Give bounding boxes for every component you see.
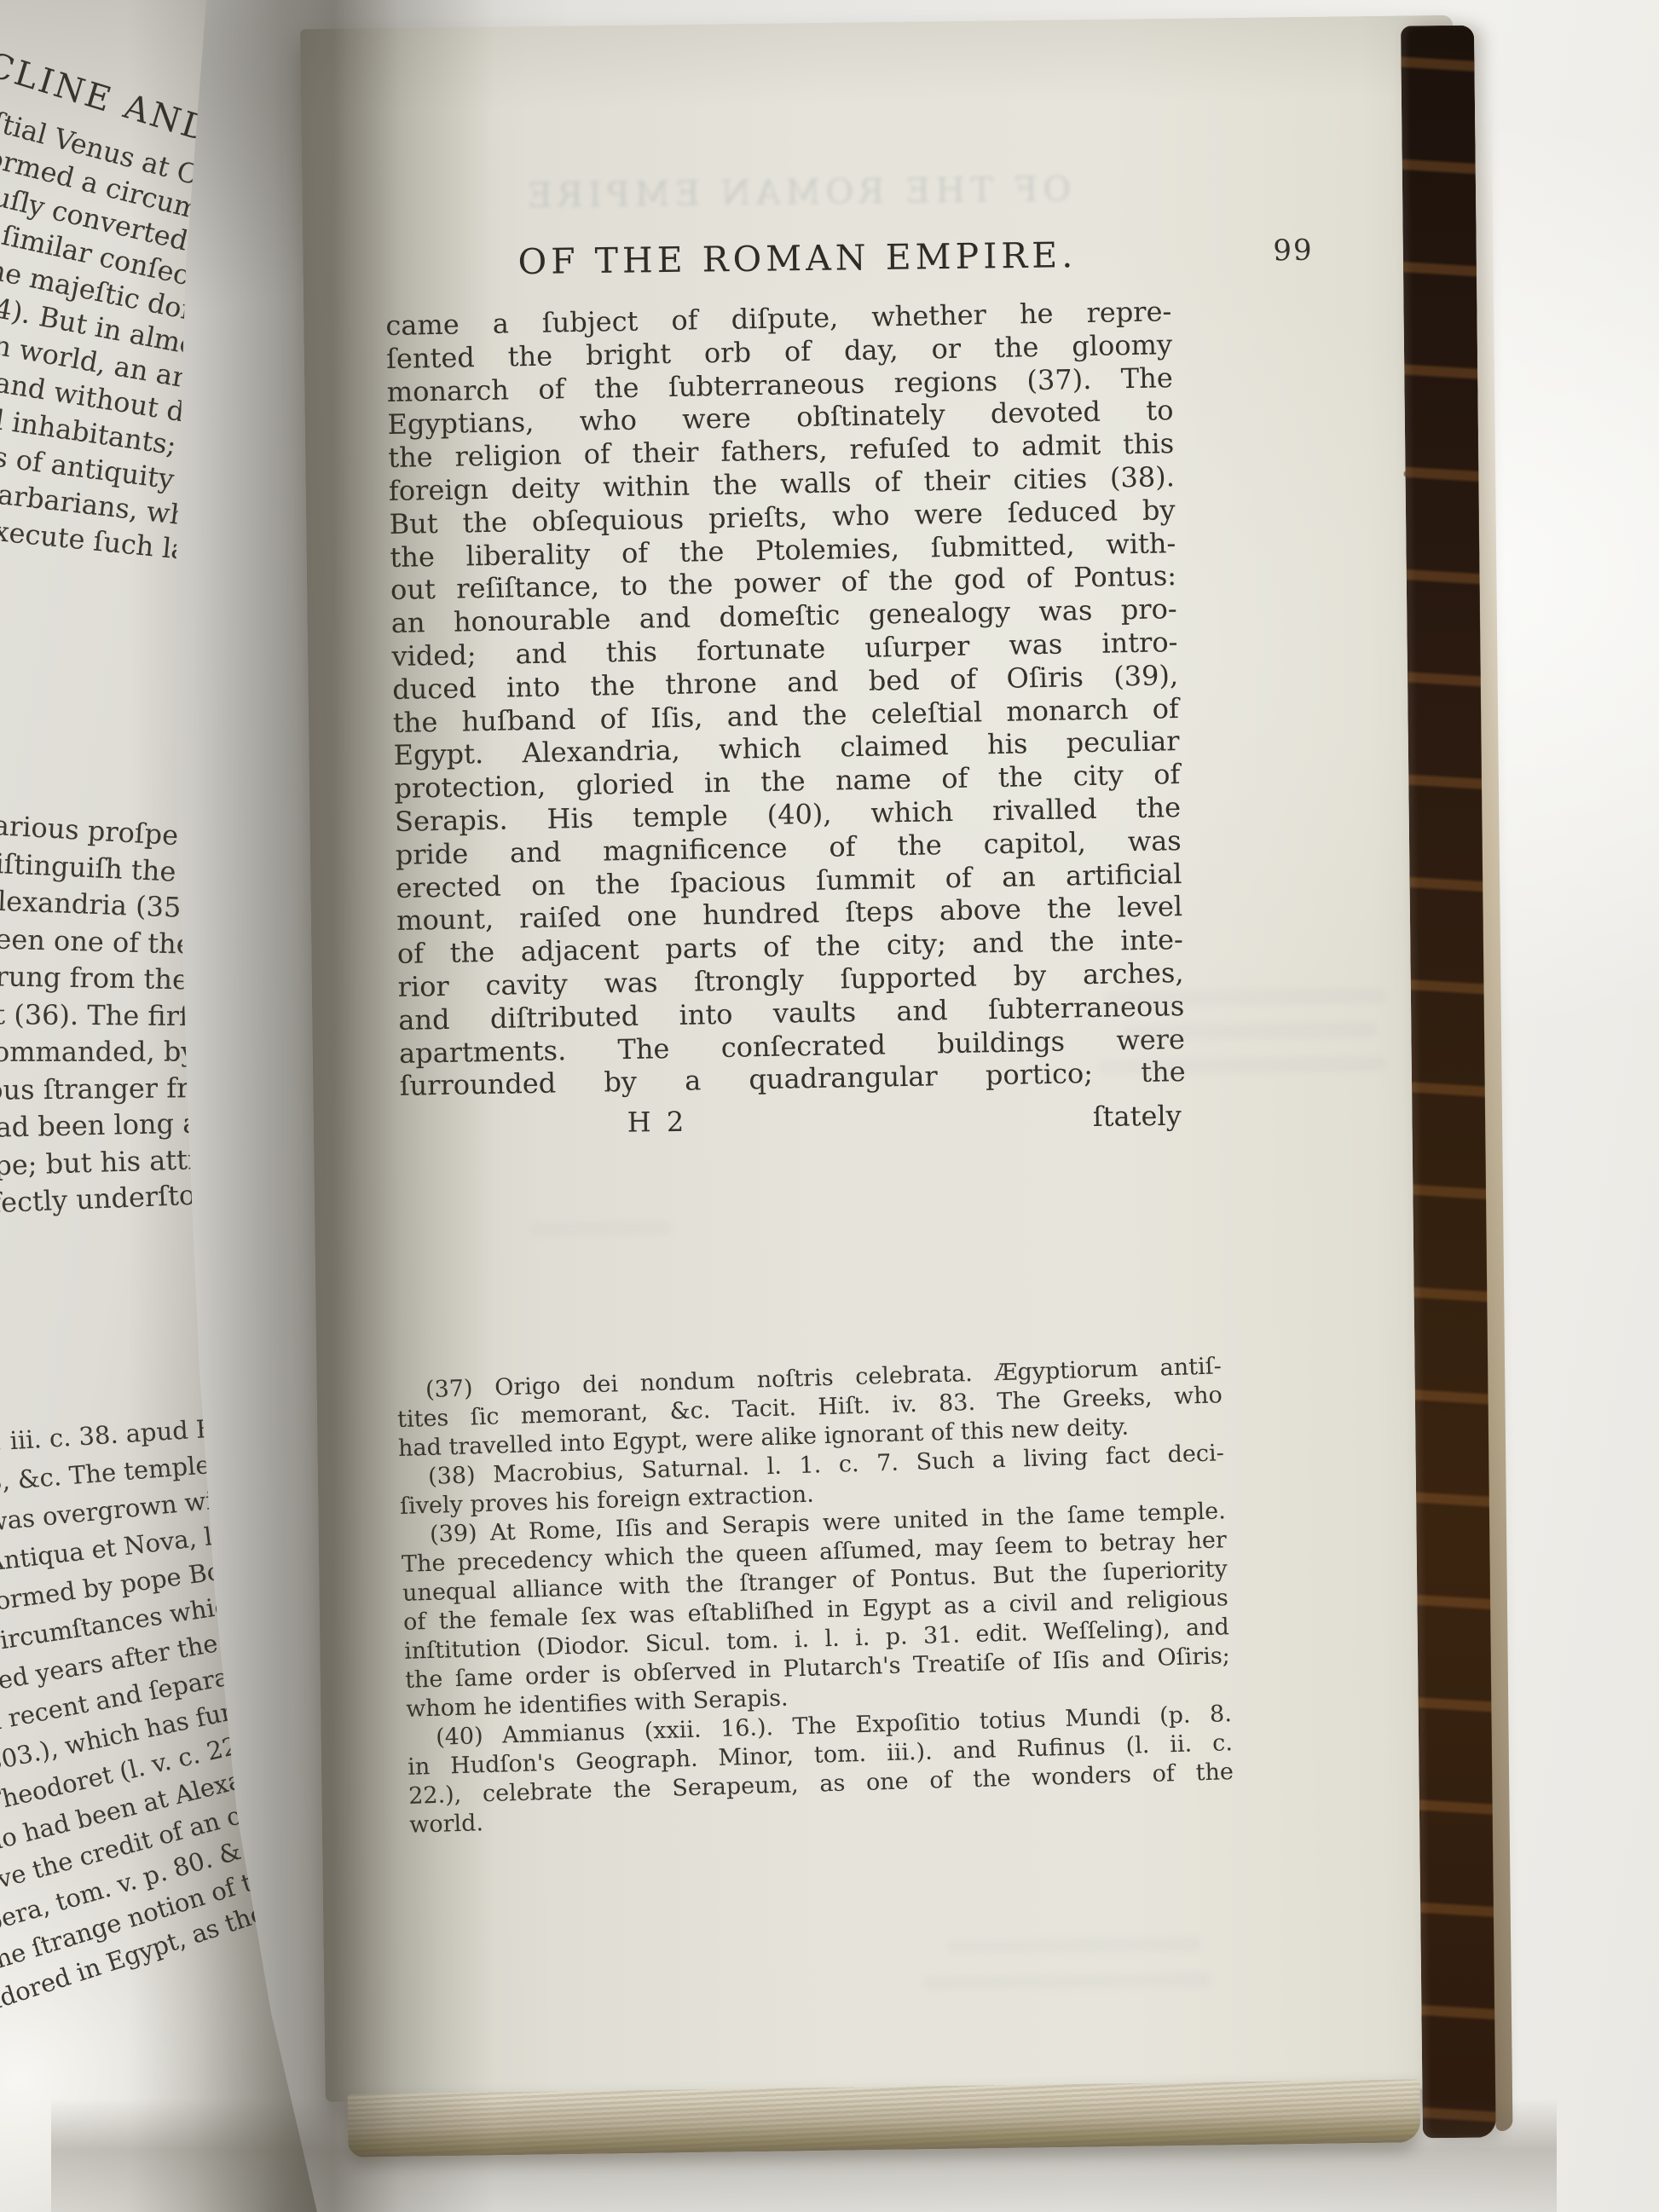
show-through-mark [528,1220,673,1237]
signature-mark: H 2 [627,1106,688,1139]
show-through-mark [1122,1022,1378,1041]
catchword: ſtately [1093,1100,1182,1133]
body-text: came a ſubject of diſpute, whether he re… [385,295,1186,1103]
show-through-mark [945,1937,1201,1955]
running-title: OF THE ROMAN EMPIRE. [473,234,1122,283]
left-page: CLINE AND FALL eſtial Venus at Carthage … [0,0,344,2212]
signature-row: H 2 ſtately [396,1100,1182,1141]
show-through-mark [1105,988,1386,1007]
page-number: 99 [1273,234,1314,269]
left-footnotes: l. iii. c. 38. apud Baronium; A8, &c. Th… [0,0,344,2212]
book-photo: CLINE AND FALL eſtial Venus at Carthage … [0,0,1659,2212]
show-through-mark [1097,1056,1387,1075]
text-line: l. iii. c. 38. apud Baronium; A [0,1406,354,1457]
right-page: OF THE ROMAN EMPIRE OF THE ROMAN EMPIRE.… [300,15,1478,2102]
show-through-title: OF THE ROMAN EMPIRE [472,170,1121,217]
show-through-mark [921,1972,1211,1990]
footnotes: (37) Origo dei nondum noſtris celebrata.… [396,1352,1235,1839]
